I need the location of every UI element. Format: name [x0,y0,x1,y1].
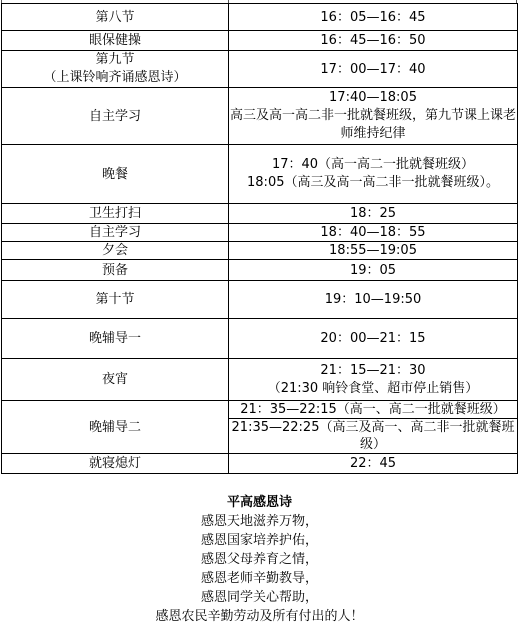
activity-cell: 第十节 [2,281,229,319]
activity-label: 卫生打扫 [89,206,141,221]
time-cell: 18：40—18：55 [229,224,518,242]
poem-line: 感恩天地滋养万物， [0,512,519,531]
time-cell: 18:55—19:05 [229,242,518,260]
activity-cell: 第九节 （上课铃响齐诵感恩诗） [2,51,229,88]
table-row: 晚辅导二 21：35—22:15（高一、高二一批就餐班级） [2,401,518,419]
time-value: 18：40—18：55 [320,225,425,240]
time-cell: 17:40—18:05 高三及高一高二非一批就餐班级，第九节课上课老师维持纪律 [229,88,518,145]
activity-cell: 夜宵 [2,359,229,401]
activity-cell: 晚辅导一 [2,319,229,359]
poem-line: 感恩农民辛勤劳动及所有付出的人！ [0,607,519,626]
poem-line: 感恩父母养育之情， [0,550,519,569]
table-row: 自主学习 17:40—18:05 高三及高一高二非一批就餐班级，第九节课上课老师… [2,88,518,145]
poem-line: 感恩国家培养护佑， [0,531,519,550]
activity-cell: 晚辅导二 [2,401,229,454]
time-value: 18:05（高三及高一高二非一批就餐班级）。 [230,174,516,192]
time-value: 20：00—21：15 [320,331,425,346]
activity-cell: 第八节 [2,4,229,31]
poem-title: 平高感恩诗 [0,493,519,512]
time-value: 17:40—18:05 [230,89,516,107]
time-value: 16：45—16：50 [320,33,425,48]
table-row: 卫生打扫 18：25 [2,204,518,224]
time-value: 21:35—22:25（高三及高一、高二非一批就餐班级） [232,420,515,452]
time-value: 21：15—21：30 [230,362,516,380]
activity-label: 预备 [102,263,128,278]
poem-line: 感恩老师辛勤教导， [0,569,519,588]
table-top-stub-middle [228,0,229,3]
table-row: 第十节 19：10—19:50 [2,281,518,319]
table-row: 自主学习 18：40—18：55 [2,224,518,242]
gratitude-poem: 平高感恩诗 感恩天地滋养万物， 感恩国家培养护佑， 感恩父母养育之情， 感恩老师… [0,493,519,626]
activity-label: 自主学习 [89,225,141,240]
note-text: 高三及高一高二非一批就餐班级，第九节课上课老师维持纪律 [230,107,516,143]
time-cell: 16：45—16：50 [229,31,518,51]
poem-line: 感恩同学关心帮助， [0,588,519,607]
table-row: 预备 19：05 [2,260,518,281]
activity-cell: 夕会 [2,242,229,260]
time-cell: 17：00—17：40 [229,51,518,88]
table-row: 第八节 16：05—16：45 [2,4,518,31]
activity-cell: 自主学习 [2,224,229,242]
table-row: 第九节 （上课铃响齐诵感恩诗） 17：00—17：40 [2,51,518,88]
activity-cell: 预备 [2,260,229,281]
time-value: 16：05—16：45 [320,10,425,25]
time-cell: 19：10—19:50 [229,281,518,319]
table-top-stub-left [1,0,2,3]
time-cell: 19：05 [229,260,518,281]
activity-label: 就寝熄灯 [89,456,141,471]
time-value: 21：35—22:15（高一、高二一批就餐班级） [240,402,506,417]
time-cell: 21：35—22:15（高一、高二一批就餐班级） [229,401,518,419]
table-row: 夜宵 21：15—21：30 （21:30 响铃食堂、超市停止销售） [2,359,518,401]
activity-cell: 自主学习 [2,88,229,145]
activity-label: 晚辅导一 [89,331,141,346]
table-row: 晚餐 17：40（高一高二一批就餐班级） 18:05（高三及高一高二非一批就餐班… [2,145,518,204]
activity-label: 夕会 [102,243,128,258]
time-cell: 17：40（高一高二一批就餐班级） 18:05（高三及高一高二非一批就餐班级）。 [229,145,518,204]
table-row: 晚辅导一 20：00—21：15 [2,319,518,359]
activity-label: 晚辅导二 [89,420,141,435]
time-value: 22：45 [350,456,396,471]
time-value: 18：25 [350,206,396,221]
table-row: 眼保健操 16：45—16：50 [2,31,518,51]
activity-label: 第十节 [95,292,134,307]
activity-label: 第九节 [3,51,227,69]
time-value: 19：05 [350,263,396,278]
table-row: 就寝熄灯 22：45 [2,454,518,474]
time-value: 18:55—19:05 [329,243,417,258]
activity-cell: 晚餐 [2,145,229,204]
time-cell: 18：25 [229,204,518,224]
activity-label: 第八节 [95,10,134,25]
time-value: （21:30 响铃食堂、超市停止销售） [230,380,516,398]
time-cell: 22：45 [229,454,518,474]
time-cell: 21：15—21：30 （21:30 响铃食堂、超市停止销售） [229,359,518,401]
activity-label: 晚餐 [102,167,128,182]
schedule-table: 第八节 16：05—16：45 眼保健操 16：45—16：50 第九节 （上课… [1,3,518,474]
table-top-stub-right [516,0,517,3]
time-cell: 16：05—16：45 [229,4,518,31]
time-cell: 20：00—21：15 [229,319,518,359]
activity-label: 自主学习 [89,109,141,124]
activity-label: 夜宵 [102,372,128,387]
time-value: 17：00—17：40 [320,62,425,77]
activity-label: 眼保健操 [89,33,141,48]
table-row: 夕会 18:55—19:05 [2,242,518,260]
activity-cell: 就寝熄灯 [2,454,229,474]
time-value: 17：40（高一高二一批就餐班级） [230,156,516,174]
time-cell: 21:35—22:25（高三及高一、高二非一批就餐班级） [229,419,518,454]
activity-sublabel: （上课铃响齐诵感恩诗） [3,69,227,87]
activity-cell: 卫生打扫 [2,204,229,224]
schedule-page: 第八节 16：05—16：45 眼保健操 16：45—16：50 第九节 （上课… [0,0,519,627]
activity-cell: 眼保健操 [2,31,229,51]
time-value: 19：10—19:50 [325,292,422,307]
